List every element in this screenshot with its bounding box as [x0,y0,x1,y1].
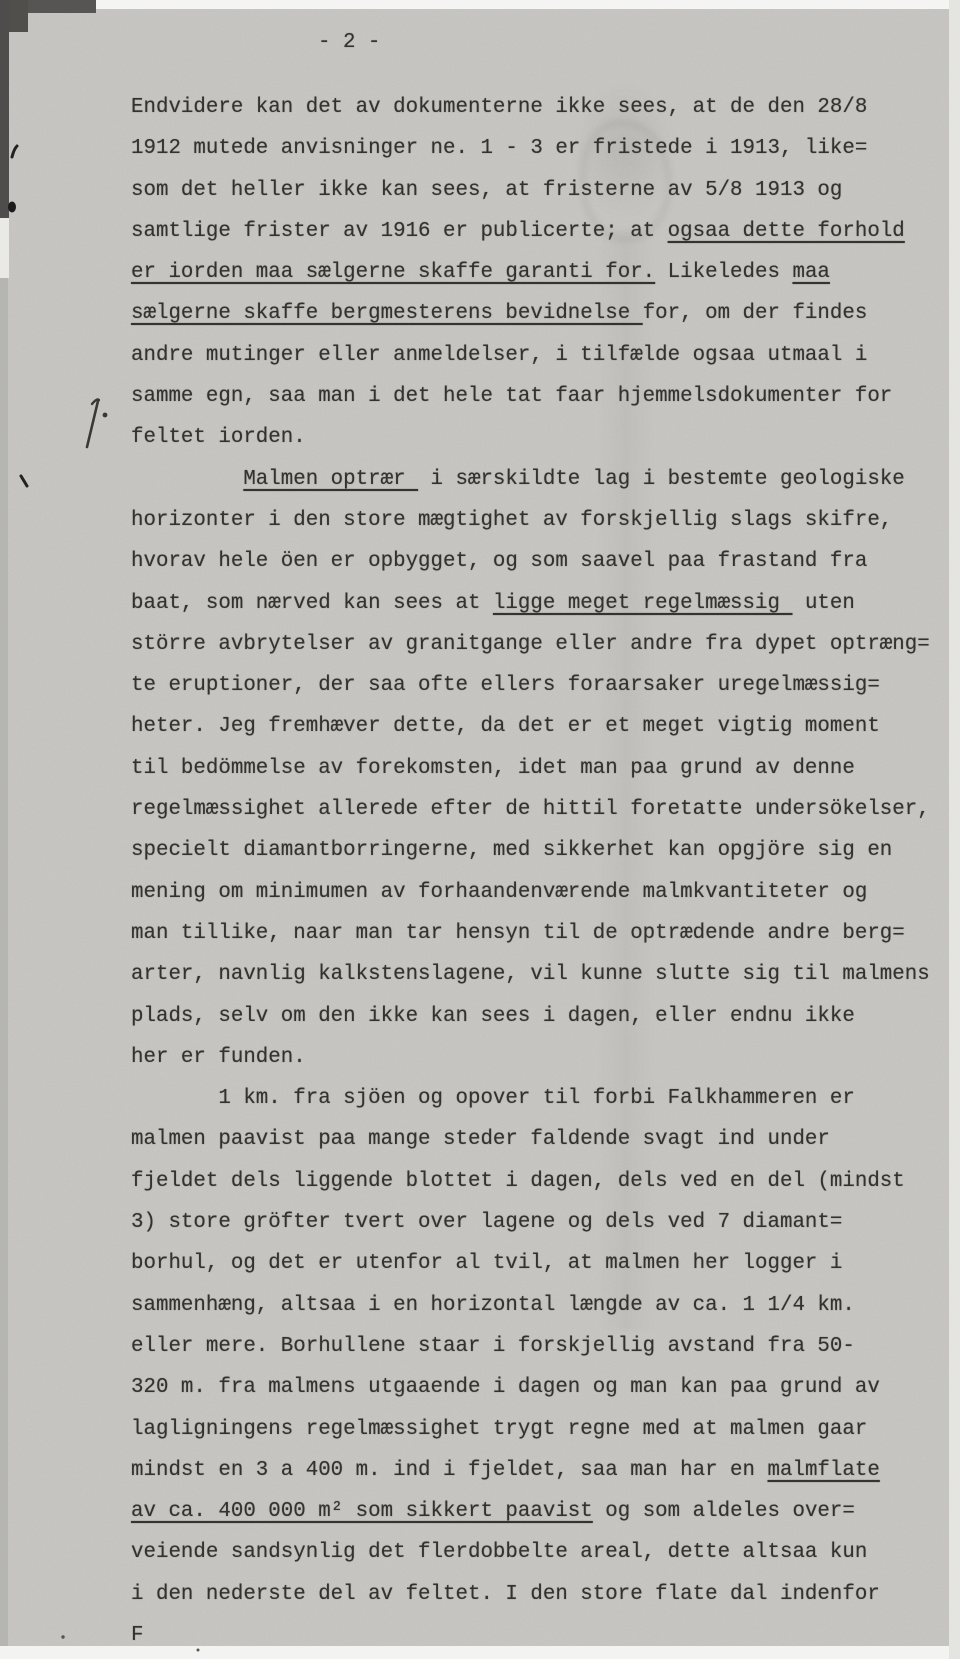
text-line: lagligningens regelmæssighet trygt regne… [131,1409,931,1450]
underlined-text-segment: sælgerne skaffe bergmesterens bevidnelse [131,302,643,325]
text-segment: F [131,1624,143,1647]
text-line: borhul, og det er utenfor al tvil, at ma… [131,1243,931,1284]
text-segment: heter. Jeg fremhæver dette, da det er et… [131,715,880,738]
scan-edge-top [96,0,960,9]
text-segment: mening om minimumen av forhaandenværende… [131,881,867,904]
text-line: veiende sandsynlig det flerdobbelte area… [131,1532,931,1573]
scan-edge-left-light [0,218,9,278]
text-line: feltet iorden. [131,417,931,458]
text-line: regelmæssighet allerede efter de hittil … [131,789,931,830]
text-segment: i særskildte lag i bestemte geologiske [418,468,905,491]
text-line: specielt diamantborringerne, med sikkerh… [131,830,931,871]
text-segment: til bedömmelse av forekomsten, idet man … [131,757,855,780]
text-segment: Endvidere kan det av dokumenterne ikke s… [131,96,867,119]
text-segment: te eruptioner, der saa ofte ellers foraa… [131,674,880,697]
text-segment: man tillike, naar man tar hensyn til de … [131,922,905,945]
text-segment: i den nederste del av feltet. I den stor… [131,1583,880,1606]
text-line: eller mere. Borhullene staar i forskjell… [131,1326,931,1367]
text-segment: sammenhæng, altsaa i en horizontal længd… [131,1294,855,1317]
text-segment: og som aldeles over= [593,1500,855,1523]
text-line: heter. Jeg fremhæver dette, da det er et… [131,706,931,747]
text-line: er iorden maa sælgerne skaffe garanti fo… [131,252,931,293]
scan-edge-left-gray [0,278,8,1646]
text-segment: for, om der findes [643,302,868,325]
underlined-text-segment: ogsaa dette forhold [668,220,905,243]
text-line: plads, selv om den ikke kan sees i dagen… [131,996,931,1037]
text-segment: samtlige frister av 1916 er publicerte; … [131,220,668,243]
scan-edge-right [949,0,960,1659]
text-segment: samme egn, saa man i det hele tat faar h… [131,385,892,408]
text-line: baat, som nærved kan sees at ligge meget… [131,583,931,624]
text-segment: som det heller ikke kan sees, at frister… [131,179,842,202]
text-line: större avbrytelser av granitgange eller … [131,624,931,665]
text-line: 320 m. fra malmens utgaaende i dagen og … [131,1367,931,1408]
underlined-text-segment: maa [792,261,829,284]
text-segment: borhul, og det er utenfor al tvil, at ma… [131,1252,842,1275]
underlined-text-segment: er iorden maa sælgerne skaffe garanti fo… [131,261,655,284]
speck-bottom-left [61,1635,64,1638]
text-segment: eller mere. Borhullene staar i forskjell… [131,1335,855,1358]
text-segment: specielt diamantborringerne, med sikkerh… [131,839,892,862]
text-segment: her er funden. [131,1046,306,1069]
text-line: Endvidere kan det av dokumenterne ikke s… [131,87,931,128]
text-segment: regelmæssighet allerede efter de hittil … [131,798,930,821]
text-line: arter, navnlig kalkstenslagene, vil kunn… [131,954,931,995]
text-line: som det heller ikke kan sees, at frister… [131,170,931,211]
text-line: F [131,1615,931,1656]
document-text: Endvidere kan det av dokumenterne ikke s… [131,87,931,1656]
underlined-text-segment: malmflate [768,1459,880,1482]
text-line: i den nederste del av feltet. I den stor… [131,1574,931,1615]
text-line: samme egn, saa man i det hele tat faar h… [131,376,931,417]
text-segment: veiende sandsynlig det flerdobbelte area… [131,1541,867,1564]
pen-tick-mid-left-margin [21,476,27,486]
text-line: andre mutinger eller anmeldelser, i tilf… [131,335,931,376]
text-segment: malmen paavist paa mange steder faldende… [131,1128,830,1151]
text-line: te eruptioner, der saa ofte ellers foraa… [131,665,931,706]
underlined-text-segment: ligge meget regelmæssig [493,592,793,615]
text-line: malmen paavist paa mange steder faldende… [131,1119,931,1160]
text-line: sammenhæng, altsaa i en horizontal længd… [131,1285,931,1326]
scan-edge-left-dark [0,0,9,218]
text-segment: feltet iorden. [131,426,306,449]
text-segment: plads, selv om den ikke kan sees i dagen… [131,1005,855,1028]
page-number: - 2 - [318,33,380,53]
text-segment: större avbrytelser av granitgange eller … [131,633,930,656]
text-segment: 1912 mutede anvisninger ne. 1 - 3 er fri… [131,137,867,160]
handwritten-slash-with-dot-left-margin [87,400,107,448]
text-segment: andre mutinger eller anmeldelser, i tilf… [131,344,867,367]
text-line: horizonter i den store mægtighet av fors… [131,500,931,541]
underlined-text-segment: Malmen optrær [243,468,418,491]
text-line: mening om minimumen av forhaandenværende… [131,872,931,913]
text-segment: horizonter i den store mægtighet av fors… [131,509,892,532]
text-segment: uten [792,592,854,615]
text-line: Malmen optrær i særskildte lag i bestemt… [131,459,931,500]
text-segment: Likeledes [655,261,792,284]
text-segment: lagligningens regelmæssighet trygt regne… [131,1418,867,1441]
text-line: 1912 mutede anvisninger ne. 1 - 3 er fri… [131,128,931,169]
text-segment: baat, som nærved kan sees at [131,592,493,615]
underlined-text-segment: av ca. 400 000 m² som sikkert paavist [131,1500,593,1523]
text-line: samtlige frister av 1916 er publicerte; … [131,211,931,252]
text-line: her er funden. [131,1037,931,1078]
text-segment: fjeldet dels liggende blottet i dagen, d… [131,1170,905,1193]
text-line: 3) store gröfter tvert over lagene og de… [131,1202,931,1243]
text-line: av ca. 400 000 m² som sikkert paavist og… [131,1491,931,1532]
text-segment: 1 km. fra sjöen og opover til forbi Falk… [218,1087,855,1110]
text-line: fjeldet dels liggende blottet i dagen, d… [131,1161,931,1202]
pen-tick-upper-left-margin [12,146,17,157]
pen-dot-left-margin [8,202,16,213]
text-segment: arter, navnlig kalkstenslagene, vil kunn… [131,963,930,986]
text-line: man tillike, naar man tar hensyn til de … [131,913,931,954]
text-segment: hvorav hele öen er opbygget, og som saav… [131,550,867,573]
text-line: hvorav hele öen er opbygget, og som saav… [131,541,931,582]
scanned-document-page: - 2 - Endvidere kan det av dokumenterne … [0,0,960,1659]
text-line: mindst en 3 a 400 m. ind i fjeldet, saa … [131,1450,931,1491]
text-line: 1 km. fra sjöen og opover til forbi Falk… [131,1078,931,1119]
text-segment: 320 m. fra malmens utgaaende i dagen og … [131,1376,880,1399]
text-segment: 3) store gröfter tvert over lagene og de… [131,1211,842,1234]
text-line: sælgerne skaffe bergmesterens bevidnelse… [131,293,931,334]
text-line: til bedömmelse av forekomsten, idet man … [131,748,931,789]
text-segment: mindst en 3 a 400 m. ind i fjeldet, saa … [131,1459,768,1482]
